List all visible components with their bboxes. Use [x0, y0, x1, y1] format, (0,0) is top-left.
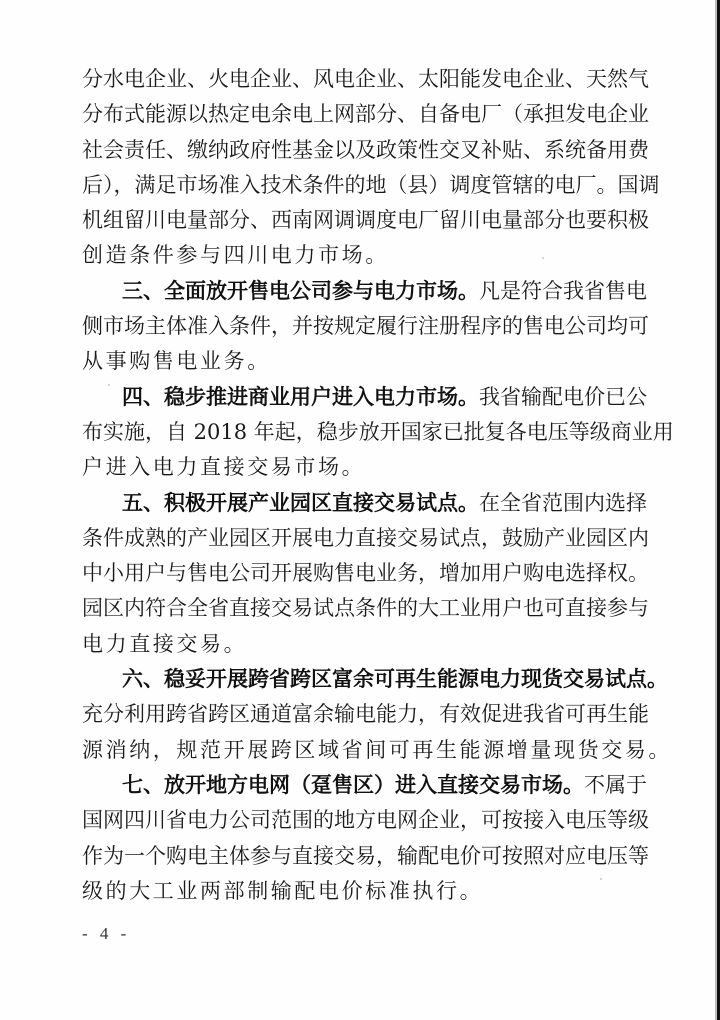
page-number: - 4 -	[82, 924, 130, 944]
text-line: 充分利用跨省跨区通道富余输电能力，有效促进我省可再生能	[82, 697, 616, 732]
section-first-line: 四、稳步推进商业用户进入电力市场。我省输配电价已公	[82, 380, 616, 415]
text-line: 分布式能源以热定电余电上网部分、自备电厂（承担发电企业	[82, 97, 616, 132]
section-heading: 五、积极开展产业园区直接交易试点。	[122, 491, 479, 515]
section-heading: 四、稳步推进商业用户进入电力市场。	[122, 385, 479, 409]
text-line: 园区内符合全省直接交易试点条件的大工业用户也可直接参与	[82, 591, 616, 626]
section-first-line: 五、积极开展产业园区直接交易试点。在全省范围内选择	[82, 486, 616, 521]
text-line: 作为一个购电主体参与直接交易，输配电价可按照对应电压等	[82, 839, 616, 874]
text-line: 布实施，自 2018 年起，稳步放开国家已批复各电压等级商业用	[82, 415, 616, 450]
paragraph-section-3: 三、全面放开售电公司参与电力市场。凡是符合我省售电 侧市场主体准入条件，并按规定…	[82, 274, 616, 380]
text-line: 创造条件参与四川电力市场。	[82, 238, 616, 273]
document-page: 分水电企业、火电企业、风电企业、太阳能发电企业、天然气 分布式能源以热定电余电上…	[0, 0, 720, 1020]
scan-speck	[108, 384, 110, 386]
section-first-line: 六、稳妥开展跨省跨区富余可再生能源电力现货交易试点。	[82, 662, 616, 697]
scan-speck	[600, 878, 602, 880]
text-line: 分水电企业、火电企业、风电企业、太阳能发电企业、天然气	[82, 62, 616, 97]
section-text: 在全省范围内选择	[479, 491, 647, 515]
text-line: 电力直接交易。	[82, 627, 616, 662]
text-line: 条件成熟的产业园区开展电力直接交易试点，鼓励产业园区内	[82, 521, 616, 556]
section-first-line: 七、放开地方电网（趸售区）进入直接交易市场。不属于	[82, 768, 616, 803]
section-first-line: 三、全面放开售电公司参与电力市场。凡是符合我省售电	[82, 274, 616, 309]
text-line: 中小用户与售电公司开展购售电业务，增加用户购电选择权。	[82, 556, 616, 591]
paragraph-section-5: 五、积极开展产业园区直接交易试点。在全省范围内选择 条件成熟的产业园区开展电力直…	[82, 486, 616, 662]
section-heading: 六、稳妥开展跨省跨区富余可再生能源电力现货交易试点。	[122, 667, 668, 691]
paragraph-section-6: 六、稳妥开展跨省跨区富余可再生能源电力现货交易试点。 充分利用跨省跨区通道富余输…	[82, 662, 616, 768]
text-line: 户进入电力直接交易市场。	[82, 450, 616, 485]
section-text: 我省输配电价已公	[479, 385, 647, 409]
paragraph-section-7: 七、放开地方电网（趸售区）进入直接交易市场。不属于 国网四川省电力公司范围的地方…	[82, 768, 616, 909]
section-text: 凡是符合我省售电	[479, 279, 647, 303]
paragraph-continuation: 分水电企业、火电企业、风电企业、太阳能发电企业、天然气 分布式能源以热定电余电上…	[82, 62, 616, 274]
text-line: 后），满足市场准入技术条件的地（县）调度管辖的电厂。国调	[82, 168, 616, 203]
text-line: 从事购售电业务。	[82, 344, 616, 379]
text-line: 机组留川电量部分、西南网调调度电厂留川电量部分也要积极	[82, 203, 616, 238]
section-text: 不属于	[584, 773, 647, 797]
text-line: 源消纳，规范开展跨区域省间可再生能源增量现货交易。	[82, 733, 616, 768]
text-line: 级的大工业两部制输配电价标准执行。	[82, 874, 616, 909]
text-line: 国网四川省电力公司范围的地方电网企业，可按接入电压等级	[82, 803, 616, 838]
document-body: 分水电企业、火电企业、风电企业、太阳能发电企业、天然气 分布式能源以热定电余电上…	[82, 62, 616, 909]
scan-speck	[542, 257, 544, 259]
section-heading: 三、全面放开售电公司参与电力市场。	[122, 279, 479, 303]
text-line: 侧市场主体准入条件，并按规定履行注册程序的售电公司均可	[82, 309, 616, 344]
text-line: 社会责任、缴纳政府性基金以及政策性交叉补贴、系统备用费	[82, 133, 616, 168]
section-heading: 七、放开地方电网（趸售区）进入直接交易市场。	[122, 773, 584, 797]
paragraph-section-4: 四、稳步推进商业用户进入电力市场。我省输配电价已公 布实施，自 2018 年起，…	[82, 380, 616, 486]
